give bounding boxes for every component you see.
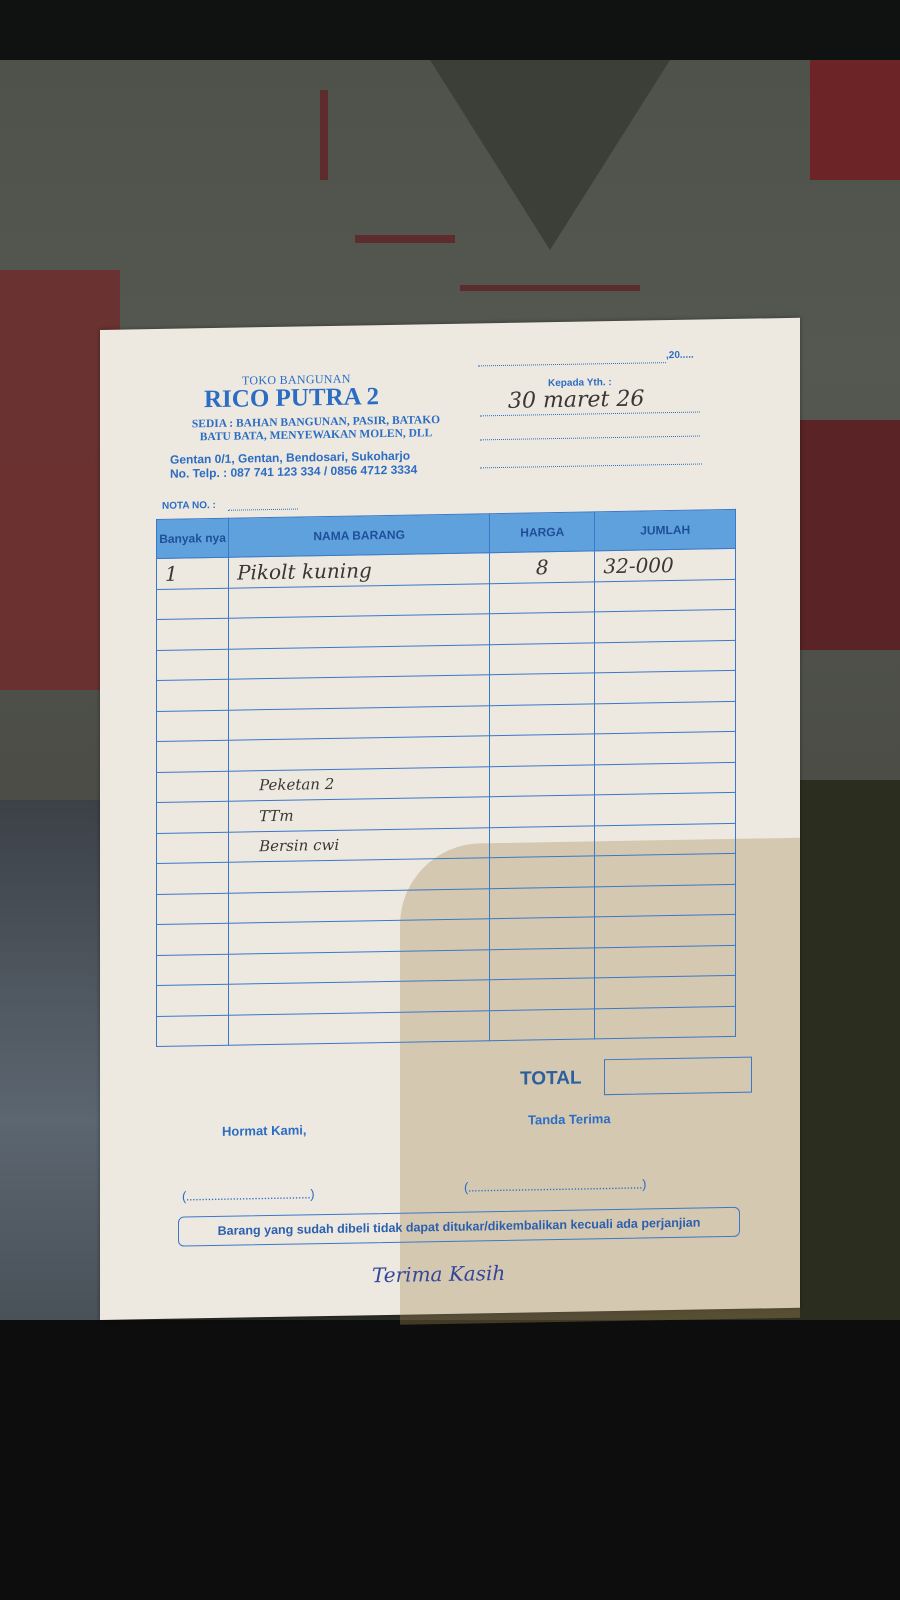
qty-cell: 1 — [157, 557, 229, 589]
qty-cell — [157, 740, 229, 772]
recipient-line-2 — [480, 436, 700, 441]
amount-cell: 32-000 — [595, 548, 736, 581]
qty-cell — [157, 862, 229, 894]
qty-cell — [157, 923, 229, 955]
item-cell — [229, 705, 490, 740]
receiver-signature-line: (.......................................… — [464, 1176, 646, 1194]
year-prefix: ,20..... — [666, 350, 694, 361]
qty-cell — [157, 801, 229, 833]
price-cell — [490, 581, 595, 613]
price-cell — [490, 825, 595, 857]
hormat-kami-label: Hormat Kami, — [222, 1122, 307, 1138]
item-cell — [229, 919, 490, 954]
price-cell — [490, 947, 595, 979]
amount-cell — [595, 731, 736, 764]
price-cell — [490, 642, 595, 674]
item-cell: TTm — [229, 797, 490, 832]
receipt-paper: TOKO BANGUNAN RICO PUTRA 2 SEDIA : BAHAN… — [100, 318, 800, 1320]
amount-cell — [595, 914, 736, 947]
items-table: Banyak nya NAMA BARANG HARGA JUMLAH 1Pik… — [156, 509, 736, 1047]
item-cell — [229, 644, 490, 679]
price-cell: 8 — [490, 551, 595, 583]
amount-cell — [595, 670, 736, 703]
price-cell — [490, 1008, 595, 1040]
nota-number-label: NOTA NO. : — [162, 500, 216, 512]
amount-cell — [595, 884, 736, 917]
price-cell — [490, 978, 595, 1010]
recipient-line-3 — [480, 463, 702, 468]
qty-cell — [157, 832, 229, 864]
total-label: TOTAL — [520, 1068, 582, 1091]
shop-name: RICO PUTRA 2 — [204, 383, 379, 414]
qty-cell — [157, 618, 229, 650]
qty-cell — [157, 984, 229, 1016]
reflection-line — [355, 235, 455, 243]
amount-cell — [595, 823, 736, 856]
price-cell — [490, 764, 595, 796]
total-value-box — [604, 1057, 752, 1096]
seller-signature-line: (.......................................… — [182, 1186, 314, 1203]
qty-cell — [157, 771, 229, 803]
price-cell — [490, 612, 595, 644]
reflection-shape — [430, 60, 670, 250]
item-cell — [229, 1010, 490, 1045]
shop-contact: Gentan 0/1, Gentan, Bendosari, Sukoharjo… — [170, 448, 417, 480]
amount-cell — [595, 1006, 736, 1039]
price-cell — [490, 703, 595, 735]
col-price: HARGA — [490, 512, 595, 553]
item-cell: Bersin cwi — [229, 827, 490, 862]
item-cell — [229, 980, 490, 1015]
shadow-area — [0, 1320, 900, 1600]
shop-phone: No. Telp. : 087 741 123 334 / 0856 4712 … — [170, 462, 417, 480]
col-amount: JUMLAH — [595, 509, 736, 550]
supplies-text: SEDIA : BAHAN BANGUNAN, PASIR, BATAKO BA… — [166, 414, 466, 445]
amount-cell — [595, 609, 736, 642]
col-qty: Banyak nya — [157, 518, 229, 558]
qty-cell — [157, 649, 229, 681]
item-cell — [229, 858, 490, 893]
qty-cell — [157, 1015, 229, 1047]
amount-cell — [595, 701, 736, 734]
price-cell — [490, 795, 595, 827]
tanda-terima-label: Tanda Terima — [528, 1111, 611, 1127]
item-cell: Pikolt kuning — [229, 553, 490, 588]
amount-cell — [595, 945, 736, 978]
qty-cell — [157, 954, 229, 986]
item-cell — [229, 736, 490, 771]
amount-cell — [595, 762, 736, 795]
date-dotted-line — [478, 362, 666, 366]
price-cell — [490, 734, 595, 766]
price-cell — [490, 673, 595, 705]
amount-cell — [595, 975, 736, 1008]
handwritten-date: 30 maret 26 — [508, 386, 644, 413]
item-cell — [229, 675, 490, 710]
thank-you-text: Terima Kasih — [372, 1261, 505, 1287]
price-cell — [490, 856, 595, 888]
item-cell: Peketan 2 — [229, 766, 490, 801]
qty-cell — [157, 710, 229, 742]
item-cell — [229, 614, 490, 649]
nota-number-field — [228, 509, 298, 511]
amount-cell — [595, 853, 736, 886]
amount-cell — [595, 792, 736, 825]
qty-cell — [157, 588, 229, 620]
item-cell — [229, 583, 490, 618]
price-cell — [490, 917, 595, 949]
amount-cell — [595, 579, 736, 612]
reflection-line — [320, 90, 328, 180]
item-cell — [229, 888, 490, 923]
qty-cell — [157, 893, 229, 925]
reflection-line — [460, 285, 640, 291]
col-item-name: NAMA BARANG — [229, 514, 490, 558]
qty-cell — [157, 679, 229, 711]
amount-cell — [595, 640, 736, 673]
reflection-red-block — [810, 60, 900, 180]
item-cell — [229, 949, 490, 984]
price-cell — [490, 886, 595, 918]
